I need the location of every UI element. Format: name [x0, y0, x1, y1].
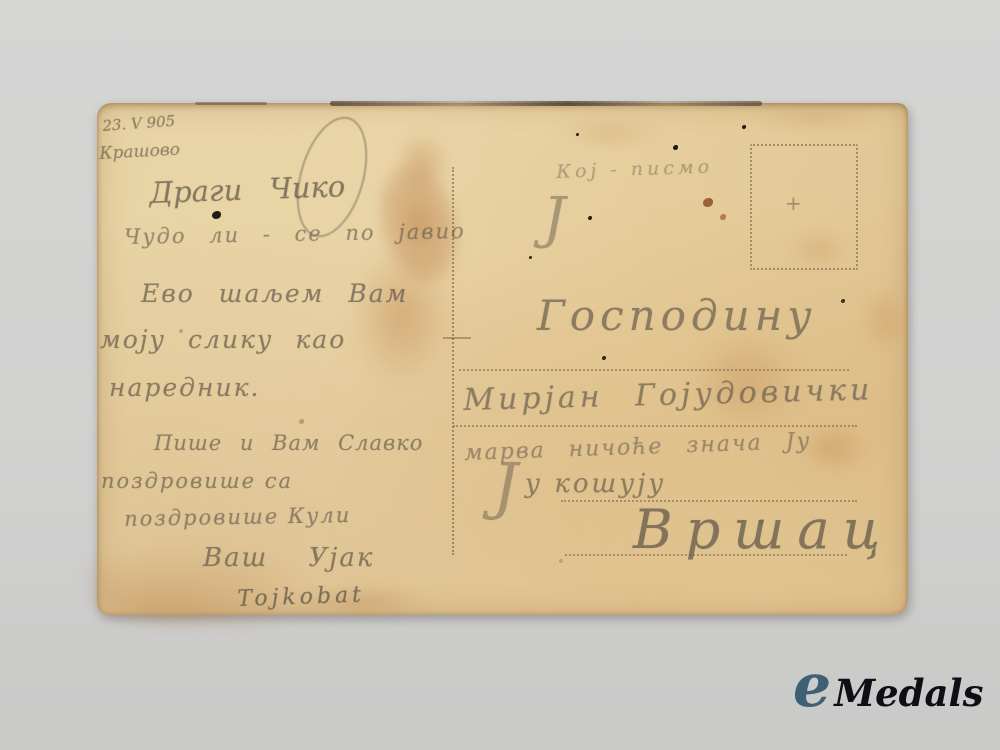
photo-background: 23. V 905 Крашово Драги Чико Чудо ли - с…: [0, 0, 1000, 750]
message-place: Крашово: [99, 142, 180, 163]
stain: [861, 288, 909, 353]
watermark-wordmark: Medals: [834, 680, 983, 708]
foxing-spot: [299, 419, 304, 424]
foxing-spot: [720, 214, 726, 220]
postcard: 23. V 905 Крашово Драги Чико Чудо ли - с…: [97, 103, 908, 615]
ink-speck: [576, 133, 579, 136]
pencil-flourish: Ј: [543, 191, 565, 247]
worn-top-edge: [195, 102, 267, 105]
signature-place: Tojkobat: [237, 585, 365, 611]
ink-speck: [588, 216, 592, 220]
message-line: Ево шаљем Вам: [141, 281, 408, 306]
address-header: Кој - писмо: [556, 158, 713, 182]
message-line: поздровише Кули: [124, 505, 351, 530]
address-line: Мирјан Гојудовички: [463, 375, 874, 416]
watermark-letter-e: e: [793, 664, 831, 709]
address-rule: [459, 369, 849, 371]
divider-tick: [443, 337, 471, 339]
address-line: Господину: [537, 295, 817, 337]
ink-speck: [602, 356, 606, 360]
foxing-spot: [703, 198, 713, 207]
pencil-plus-mark: +: [785, 193, 802, 213]
ink-speck: [742, 125, 746, 129]
pencil-flourish: Ј: [493, 455, 518, 517]
message-line: моју слику као: [100, 327, 346, 352]
stamp-box: [750, 144, 858, 270]
address-rule: [453, 425, 857, 427]
message-line: поздровише са: [101, 471, 293, 492]
message-line: Пише и Вам Славко: [154, 433, 423, 454]
stain: [557, 117, 662, 149]
signature-line: Ваш Ујак: [203, 545, 374, 571]
ink-speck: [841, 299, 845, 303]
stain: [752, 105, 877, 131]
ink-speck: [212, 211, 221, 219]
stain: [395, 129, 450, 195]
message-line: Чудо ли - се по јавио: [124, 221, 466, 248]
address-city: Вршац: [633, 503, 893, 557]
message-line: Драги Чико: [149, 172, 346, 208]
stain: [349, 243, 454, 388]
foxing-spot: [559, 559, 563, 563]
ink-speck: [529, 256, 532, 259]
emedals-watermark: e Medals: [793, 664, 983, 709]
address-line: у кошују: [525, 471, 666, 497]
worn-top-edge: [330, 101, 762, 106]
ink-speck: [673, 145, 678, 150]
message-line: наредник.: [109, 375, 260, 400]
message-date: 23. V 905: [102, 114, 176, 134]
